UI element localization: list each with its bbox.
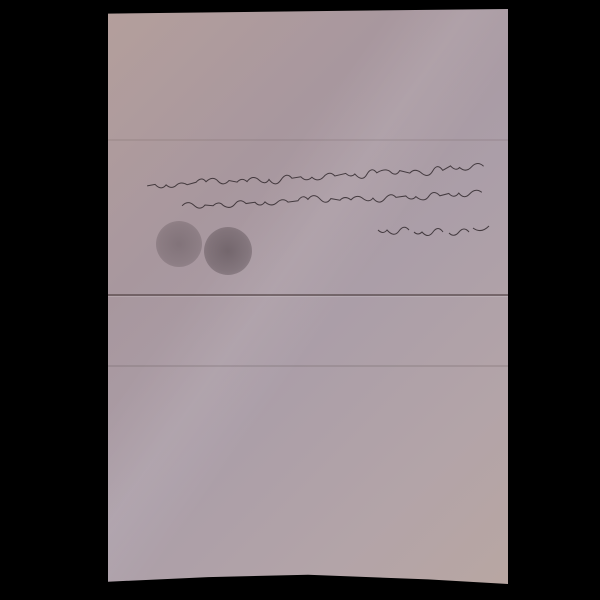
seal-impression-dark: [dark circular seal impression] [204,227,252,275]
paper-sheen [108,9,508,584]
seal-impression-faint: [faint circular seal impression] [156,221,202,267]
fold-line-lower [108,365,508,367]
fold-line-main [108,294,508,296]
handwritten-text-block: [handwritten Ottoman script – line 1, il… [146,167,486,213]
document-paper: [handwritten Ottoman script – line 1, il… [108,9,508,584]
signature-icon [351,220,491,240]
fold-line-upper [108,139,508,141]
signature-line: [handwritten date/signature notation] [351,220,491,242]
